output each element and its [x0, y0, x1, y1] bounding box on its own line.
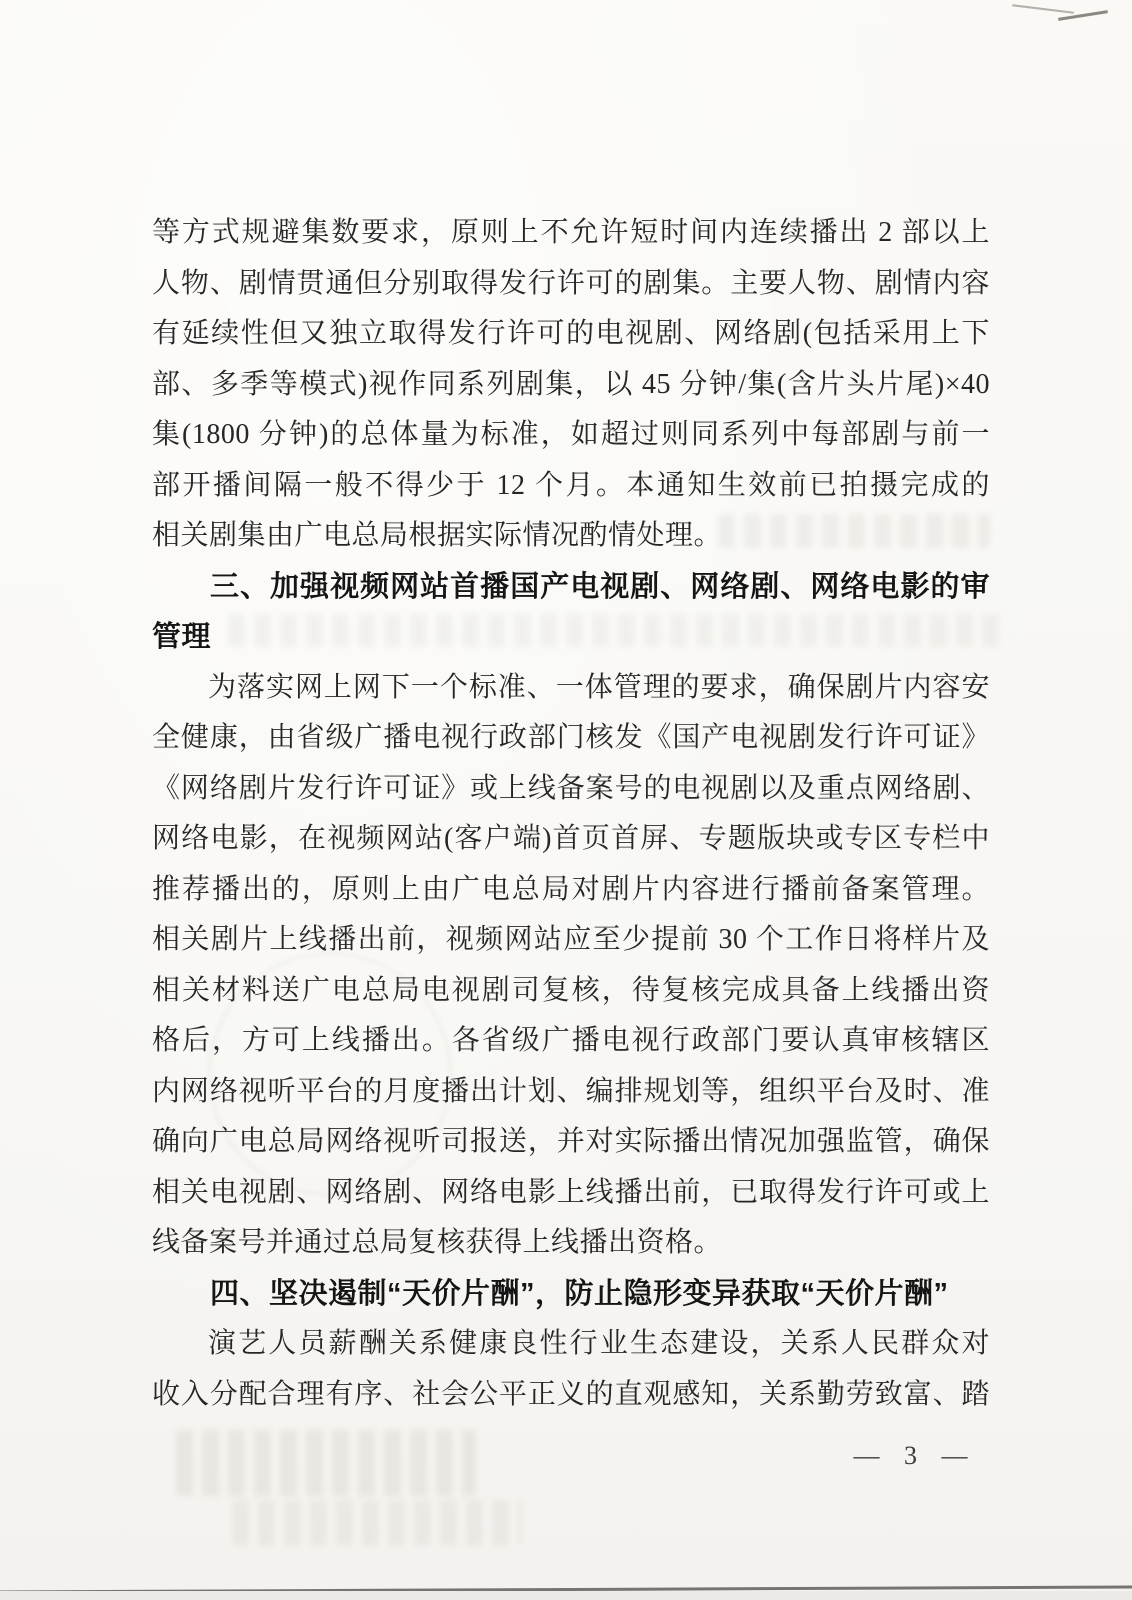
- heading-line: 三、加强视频网站首播国产电视剧、网络剧、网络电影的审查: [152, 562, 990, 613]
- text-line: 等方式规避集数要求，原则上不允许短时间内连续播出 2 部以上: [152, 208, 990, 259]
- text-line: 有延续性但又独立取得发行许可的电视剧、网络剧(包括采用上下: [152, 309, 990, 360]
- text-line: 收入分配合理有序、社会公平正义的直观感知，关系勤劳致富、踏: [152, 1370, 990, 1421]
- text-line: 《网络剧片发行许可证》或上线备案号的电视剧以及重点网络剧、: [152, 764, 990, 815]
- paper-crease-mark: [1012, 4, 1074, 14]
- section-3-paragraph: 为落实网上网下一个标准、一体管理的要求，确保剧片内容安 全健康，由省级广播电视行…: [152, 663, 990, 1269]
- section-4-heading: 四、坚决遏制“天价片酬”，防止隐形变异获取“天价片酬”: [152, 1269, 990, 1320]
- text-line: 推荐播出的，原则上由广电总局对剧片内容进行播前备案管理。: [152, 865, 990, 916]
- text-line: 人物、剧情贯通但分别取得发行许可的剧集。主要人物、剧情内容: [152, 259, 990, 310]
- text-line: 集(1800 分钟)的总体量为标准，如超过则同系列中每部剧与前一: [152, 410, 990, 461]
- section-3-heading: 三、加强视频网站首播国产电视剧、网络剧、网络电影的审查 管理: [152, 562, 990, 663]
- text-line: 确向广电总局网络视听司报送，并对实际播出情况加强监管，确保: [152, 1117, 990, 1168]
- text-line: 线备案号并通过总局复核获得上线播出资格。: [152, 1218, 990, 1269]
- text-line: 内网络视听平台的月度播出计划、编排规划等，组织平台及时、准: [152, 1067, 990, 1118]
- scan-paper-edge-shadow: [0, 1591, 1132, 1600]
- text-column: 等方式规避集数要求，原则上不允许短时间内连续播出 2 部以上 人物、剧情贯通但分…: [152, 208, 990, 1420]
- continuation-paragraph: 等方式规避集数要求，原则上不允许短时间内连续播出 2 部以上 人物、剧情贯通但分…: [152, 208, 990, 562]
- scanned-document-page: 等方式规避集数要求，原则上不允许短时间内连续播出 2 部以上 人物、剧情贯通但分…: [0, 0, 1132, 1600]
- bleedthrough-ghost: [232, 1500, 522, 1546]
- bleedthrough-ghost: [176, 1430, 476, 1496]
- text-line: 网络电影，在视频网站(客户端)首页首屏、专题版块或专区专栏中: [152, 814, 990, 865]
- text-line: 相关剧片上线播出前，视频网站应至少提前 30 个工作日将样片及: [152, 915, 990, 966]
- text-line: 相关材料送广电总局电视剧司复核，待复核完成具备上线播出资: [152, 966, 990, 1017]
- text-line: 全健康，由省级广播电视行政部门核发《国产电视剧发行许可证》: [152, 713, 990, 764]
- page-number: — 3 —: [845, 1436, 985, 1476]
- section-4-paragraph: 演艺人员薪酬关系健康良性行业生态建设，关系人民群众对 收入分配合理有序、社会公平…: [152, 1319, 990, 1420]
- heading-line: 四、坚决遏制“天价片酬”，防止隐形变异获取“天价片酬”: [152, 1269, 990, 1320]
- text-line: 部开播间隔一般不得少于 12 个月。本通知生效前已拍摄完成的: [152, 461, 990, 512]
- heading-line: 管理: [152, 612, 990, 663]
- text-line: 相关电视剧、网络剧、网络电影上线播出前，已取得发行许可或上: [152, 1168, 990, 1219]
- text-line: 演艺人员薪酬关系健康良性行业生态建设，关系人民群众对: [152, 1319, 990, 1370]
- text-line: 为落实网上网下一个标准、一体管理的要求，确保剧片内容安: [152, 663, 990, 714]
- text-line: 相关剧集由广电总局根据实际情况酌情处理。: [152, 511, 990, 562]
- text-line: 格后，方可上线播出。各省级广播电视行政部门要认真审核辖区: [152, 1016, 990, 1067]
- text-line: 部、多季等模式)视作同系列剧集，以 45 分钟/集(含片头片尾)×40: [152, 360, 990, 411]
